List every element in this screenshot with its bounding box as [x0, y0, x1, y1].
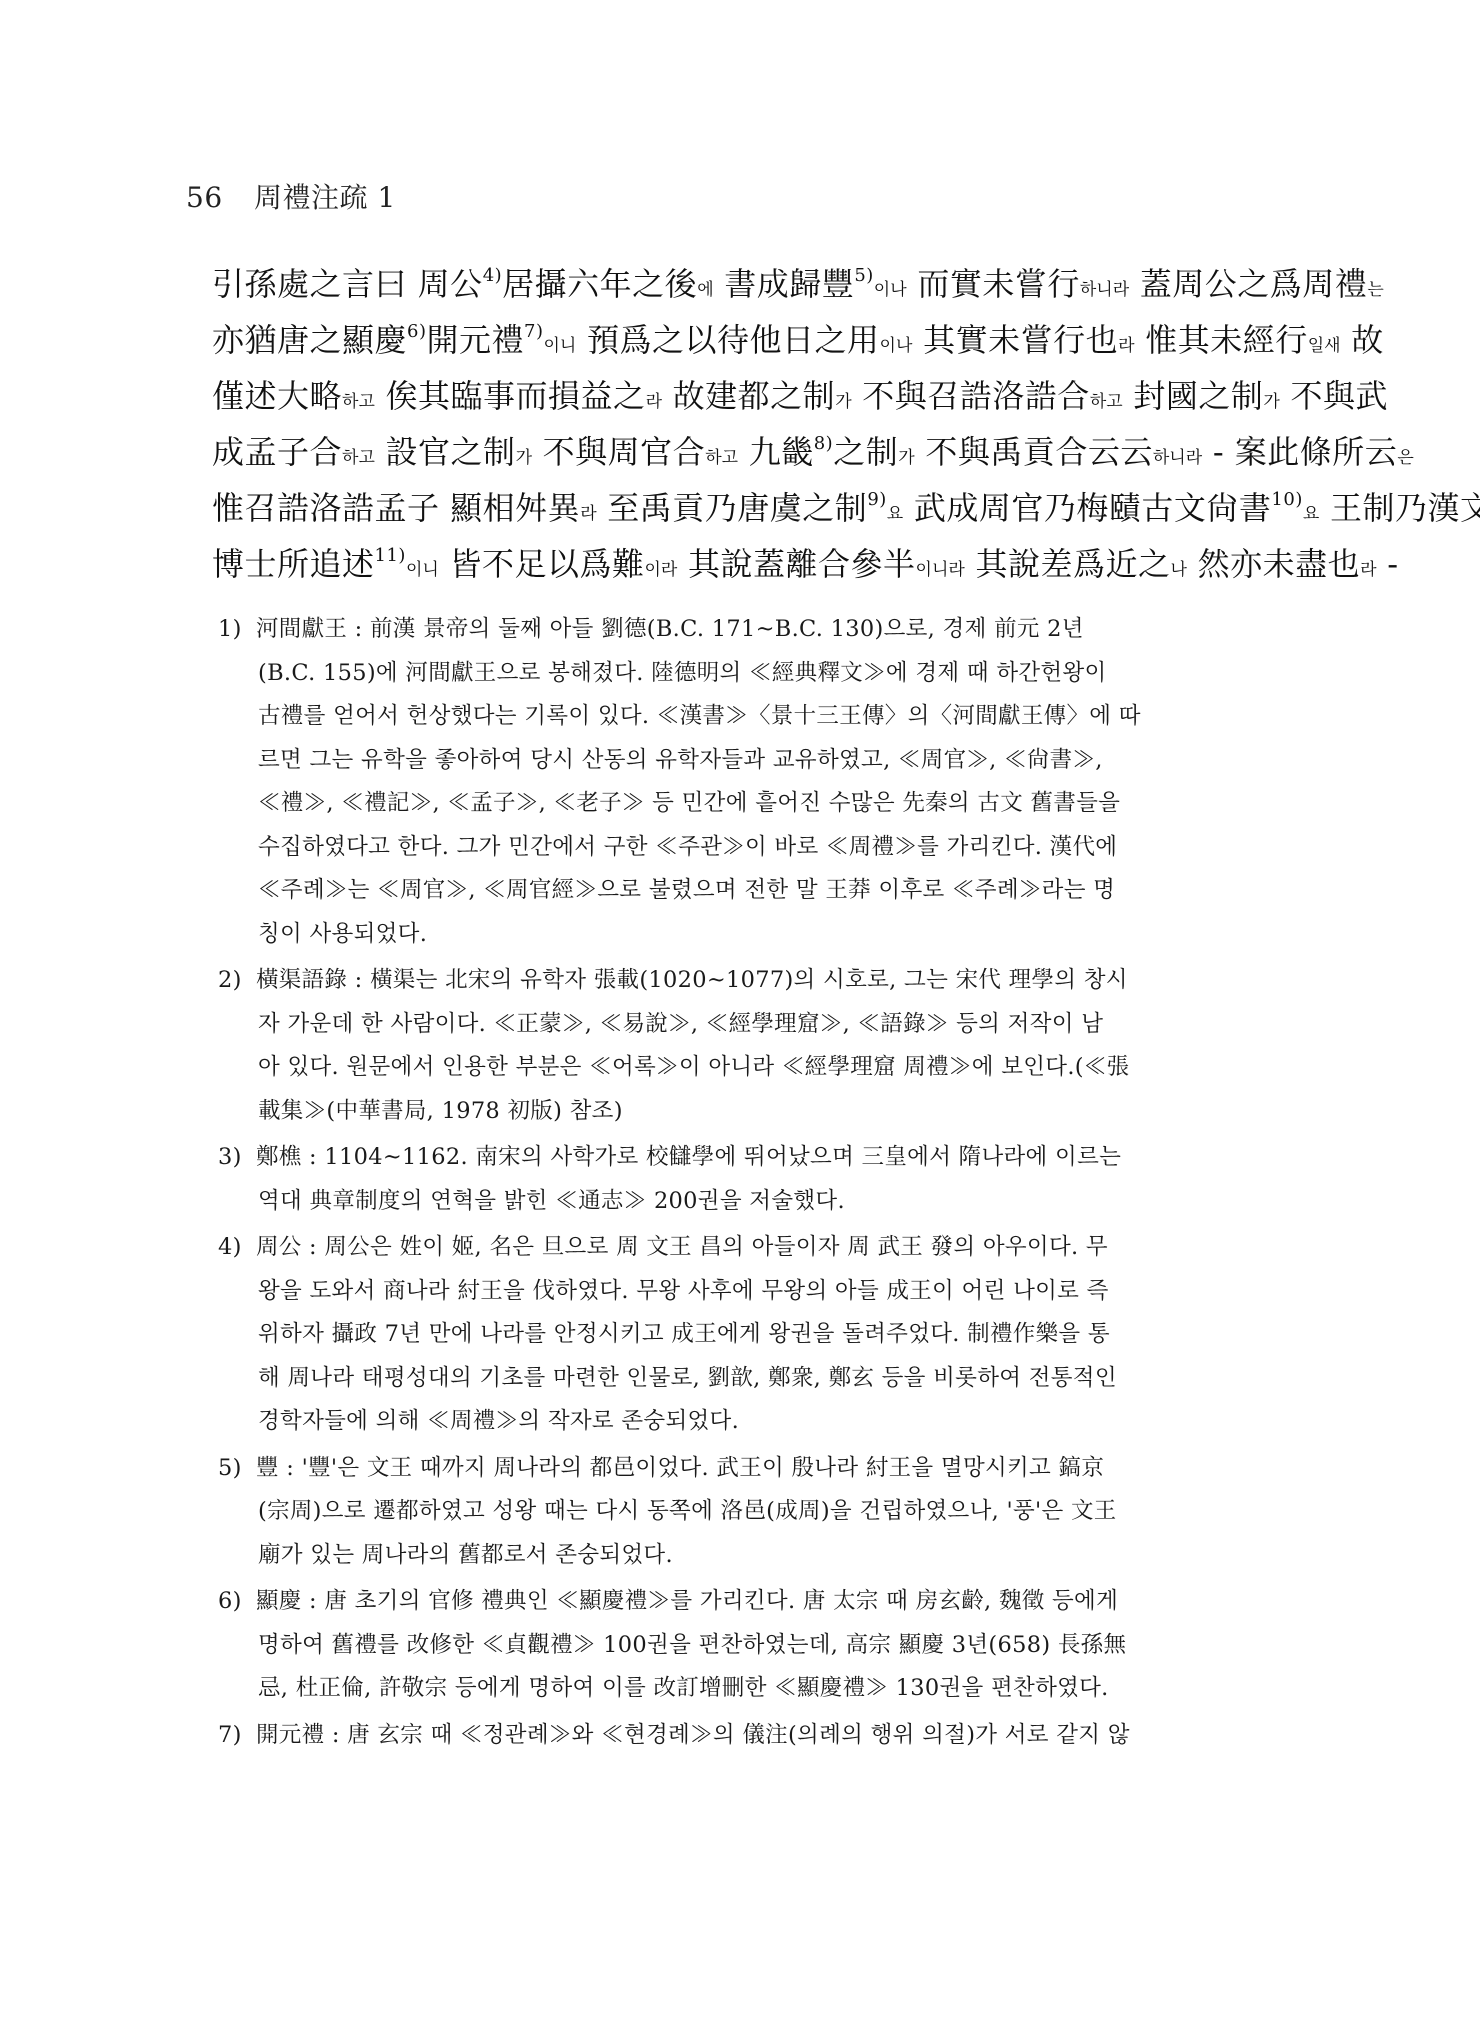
footnote-line: (宗周)으로 遷都하였고 성왕 때는 다시 동쪽에 洛邑(成周)을 건립하였으나… [218, 1490, 1288, 1534]
footnote: 6)顯慶 : 唐 초기의 官修 禮典인 ≪顯慶禮≫를 가리킨다. 唐 太宗 때 … [218, 1580, 1288, 1711]
classical-chinese-text: 其說蓋離合參半 [677, 545, 915, 583]
korean-particle: 이나 [874, 280, 907, 300]
korean-particle: 라 [646, 392, 662, 412]
footnote-text: 수집하였다고 한다. 그가 민간에서 구한 ≪주관≫이 바로 ≪周禮≫를 가리킨… [258, 834, 1117, 860]
footnote-text: 명하여 舊禮를 改修한 ≪貞觀禮≫ 100권을 편찬하였는데, 高宗 顯慶 3년… [258, 1632, 1126, 1658]
korean-particle: 이나 [880, 336, 913, 356]
classical-chinese-text: 書成歸豐 [714, 265, 855, 303]
footnote-reference: 10) [1271, 489, 1302, 510]
footnote-line: 6)顯慶 : 唐 초기의 官修 禮典인 ≪顯慶禮≫를 가리킨다. 唐 太宗 때 … [218, 1580, 1288, 1624]
classical-chinese-text: 武成周官乃梅賾古文尙書 [903, 489, 1271, 527]
footnote-marker: 2) [218, 959, 256, 1003]
footnote-line: 아 있다. 원문에서 인용한 부분은 ≪어록≫이 아니라 ≪經學理窟 周禮≫에 … [218, 1046, 1288, 1090]
classical-chinese-text: 其實未嘗行也 [912, 321, 1118, 359]
main-classical-text: 引孫處之言曰 周公4)居攝六年之後에 書成歸豐5)이나 而實未嘗行하니라 蓋周公… [212, 256, 1292, 592]
korean-particle: 요 [887, 504, 903, 524]
korean-particle: 하고 [342, 392, 375, 412]
classical-chinese-text: 預爲之以待他日之用 [576, 321, 879, 359]
footnote-line: 古禮를 얻어서 헌상했다는 기록이 있다. ≪漢書≫〈景十三王傳〉의〈河間獻王傳… [218, 695, 1288, 739]
footnote-reference: 6) [407, 321, 426, 342]
korean-particle: 가 [835, 392, 851, 412]
footnote-line: 2)橫渠語錄 : 橫渠는 北宋의 유학자 張載(1020~1077)의 시호로,… [218, 959, 1288, 1003]
main-text-line: 成孟子合하고 設官之制가 不與周官合하고 九畿8)之制가 不與禹貢合云云하니라 … [212, 424, 1292, 480]
footnote: 2)橫渠語錄 : 橫渠는 北宋의 유학자 張載(1020~1077)의 시호로,… [218, 959, 1288, 1133]
footnote-text: (B.C. 155)에 河間獻王으로 봉해졌다. 陸德明의 ≪經典釋文≫에 경제… [258, 660, 1107, 686]
footnote-text: 忌, 杜正倫, 許敬宗 등에게 명하여 이를 改訂增刪한 ≪顯慶禮≫ 130권을… [258, 1675, 1109, 1701]
footnote-reference: 4) [483, 265, 502, 286]
footnote-text: 자 가운데 한 사람이다. ≪正蒙≫, ≪易說≫, ≪經學理窟≫, ≪語錄≫ 등… [258, 1011, 1103, 1037]
main-text-line: 引孫處之言曰 周公4)居攝六年之後에 書成歸豐5)이나 而實未嘗行하니라 蓋周公… [212, 256, 1292, 312]
footnote-text: 역대 典章制度의 연혁을 밝힌 ≪通志≫ 200권을 저술했다. [258, 1188, 845, 1214]
classical-chinese-text: 博士所追述 [212, 545, 375, 583]
running-header: 56 周禮注疏 1 [186, 176, 396, 216]
korean-particle: 가 [516, 448, 532, 468]
footnote-line: ≪주례≫는 ≪周官≫, ≪周官經≫으로 불렸으며 전한 말 王莽 이후로 ≪주례… [218, 869, 1288, 913]
footnote-text: 開元禮 : 唐 玄宗 때 ≪정관례≫와 ≪현경례≫의 儀注(의례의 행위 의절)… [256, 1722, 1130, 1748]
footnote-line: 忌, 杜正倫, 許敬宗 등에게 명하여 이를 改訂增刪한 ≪顯慶禮≫ 130권을… [218, 1667, 1288, 1711]
footnote-text: ≪禮≫, ≪禮記≫, ≪孟子≫, ≪老子≫ 등 민간에 흩어진 수많은 先秦의 … [258, 790, 1120, 816]
classical-chinese-text: 王制乃漢文帝 [1319, 489, 1480, 527]
korean-particle: 라 [580, 504, 596, 524]
korean-particle: 가 [898, 448, 914, 468]
classical-chinese-text: 不與周官合 [532, 433, 705, 471]
korean-particle: 이니 [544, 336, 577, 356]
classical-chinese-text: 不與武 [1280, 377, 1388, 415]
classical-chinese-text: 然亦未盡也 [1187, 545, 1360, 583]
footnote-text: 豐 : '豐'은 文王 때까지 周나라의 都邑이었다. 武王이 殷나라 紂王을 … [256, 1455, 1104, 1481]
footnote-text: 橫渠語錄 : 橫渠는 北宋의 유학자 張載(1020~1077)의 시호로, 그… [256, 967, 1128, 993]
footnote-line: 載集≫(中華書局, 1978 初版) 참조) [218, 1090, 1288, 1134]
korean-particle: 이니 [406, 560, 439, 580]
korean-particle: 라 [1360, 560, 1376, 580]
footnotes-section: 1)河間獻王 : 前漢 景帝의 둘째 아들 劉德(B.C. 171~B.C. 1… [218, 608, 1288, 1760]
classical-chinese-text: 故建都之制 [662, 377, 835, 415]
footnote: 3)鄭樵 : 1104~1162. 南宋의 사학가로 校讎學에 뛰어났으며 三皇… [218, 1136, 1288, 1223]
classical-chinese-text: 引孫處之言曰 周公 [212, 265, 483, 303]
footnote-line: 5)豐 : '豐'은 文王 때까지 周나라의 都邑이었다. 武王이 殷나라 紂王… [218, 1447, 1288, 1491]
classical-chinese-text: 九畿 [738, 433, 814, 471]
footnote-text: 위하자 攝政 7년 만에 나라를 안정시키고 成王에게 왕권을 돌려주었다. 制… [258, 1321, 1110, 1347]
footnote-line: (B.C. 155)에 河間獻王으로 봉해졌다. 陸德明의 ≪經典釋文≫에 경제… [218, 652, 1288, 696]
classical-chinese-text: 而實未嘗行 [907, 265, 1080, 303]
footnote-text: 廟가 있는 周나라의 舊都로서 존숭되었다. [258, 1542, 673, 1568]
footnote-text: 顯慶 : 唐 초기의 官修 禮典인 ≪顯慶禮≫를 가리킨다. 唐 太宗 때 房玄… [256, 1588, 1118, 1614]
korean-particle: 라 [1118, 336, 1134, 356]
footnote-text: 르면 그는 유학을 좋아하여 당시 산동의 유학자들과 교유하였고, ≪周官≫,… [258, 747, 1103, 773]
footnote-text: 載集≫(中華書局, 1978 初版) 참조) [258, 1098, 623, 1124]
footnote-marker: 5) [218, 1447, 256, 1491]
classical-chinese-text: 惟其未經行 [1135, 321, 1308, 359]
book-title: 周禮注疏 1 [254, 181, 396, 214]
footnote-reference: 7) [524, 321, 543, 342]
footnote-reference: 5) [854, 265, 873, 286]
footnote: 7)開元禮 : 唐 玄宗 때 ≪정관례≫와 ≪현경례≫의 儀注(의례의 행위 의… [218, 1714, 1288, 1758]
footnote-reference: 11) [375, 545, 406, 566]
footnote-line: 수집하였다고 한다. 그가 민간에서 구한 ≪주관≫이 바로 ≪周禮≫를 가리킨… [218, 826, 1288, 870]
korean-particle: 하니라 [1080, 280, 1129, 300]
footnote-line: 4)周公 : 周公은 姓이 姬, 名은 旦으로 周 文王 昌의 아들이자 周 武… [218, 1226, 1288, 1270]
footnote-text: ≪주례≫는 ≪周官≫, ≪周官經≫으로 불렸으며 전한 말 王莽 이후로 ≪주례… [258, 877, 1115, 903]
main-text-line: 惟召誥洛誥孟子 顯相舛異라 至禹貢乃唐虞之制9)요 武成周官乃梅賾古文尙書10)… [212, 480, 1292, 536]
footnote-text: 鄭樵 : 1104~1162. 南宋의 사학가로 校讎學에 뛰어났으며 三皇에서… [256, 1144, 1121, 1170]
korean-particle: 이라 [645, 560, 678, 580]
korean-particle: 요 [1303, 504, 1319, 524]
korean-particle: 일새 [1308, 336, 1341, 356]
page-number: 56 [186, 181, 223, 214]
classical-chinese-text: 不與禹貢合云云 [915, 433, 1153, 471]
classical-chinese-text: 故 [1341, 321, 1384, 359]
footnote-text: (宗周)으로 遷都하였고 성왕 때는 다시 동쪽에 洛邑(成周)을 건립하였으나… [258, 1498, 1117, 1524]
footnote-line: 역대 典章制度의 연혁을 밝힌 ≪通志≫ 200권을 저술했다. [218, 1180, 1288, 1224]
footnote-text: 古禮를 얻어서 헌상했다는 기록이 있다. ≪漢書≫〈景十三王傳〉의〈河間獻王傳… [258, 703, 1141, 729]
footnote-line: 르면 그는 유학을 좋아하여 당시 산동의 유학자들과 교유하였고, ≪周官≫,… [218, 739, 1288, 783]
footnote-line: 명하여 舊禮를 改修한 ≪貞觀禮≫ 100권을 편찬하였는데, 高宗 顯慶 3년… [218, 1624, 1288, 1668]
classical-chinese-text: 開元禮 [427, 321, 525, 359]
classical-chinese-text: 之制 [833, 433, 898, 471]
footnote-line: 해 周나라 태평성대의 기초를 마련한 인물로, 劉歆, 鄭衆, 鄭玄 등을 비… [218, 1357, 1288, 1401]
footnote-text: 칭이 사용되었다. [258, 921, 427, 947]
footnote-reference: 8) [814, 433, 833, 454]
footnote-line: ≪禮≫, ≪禮記≫, ≪孟子≫, ≪老子≫ 등 민간에 흩어진 수많은 先秦의 … [218, 782, 1288, 826]
classical-chinese-text: - [1377, 545, 1399, 583]
footnote-line: 칭이 사용되었다. [218, 913, 1288, 957]
classical-chinese-text: 僅述大略 [212, 377, 342, 415]
classical-chinese-text: 居攝六年之後 [502, 265, 697, 303]
classical-chinese-text: 蓋周公之爲周禮 [1129, 265, 1367, 303]
footnote-line: 자 가운데 한 사람이다. ≪正蒙≫, ≪易說≫, ≪經學理窟≫, ≪語錄≫ 등… [218, 1003, 1288, 1047]
classical-chinese-text: - 案此條所云 [1202, 433, 1397, 471]
classical-chinese-text: 俟其臨事而損益之 [375, 377, 646, 415]
footnote-text: 河間獻王 : 前漢 景帝의 둘째 아들 劉德(B.C. 171~B.C. 130… [256, 616, 1084, 642]
footnote-line: 7)開元禮 : 唐 玄宗 때 ≪정관례≫와 ≪현경례≫의 儀注(의례의 행위 의… [218, 1714, 1288, 1758]
classical-chinese-text: 至禹貢乃唐虞之制 [597, 489, 868, 527]
footnote-text: 周公 : 周公은 姓이 姬, 名은 旦으로 周 文王 昌의 아들이자 周 武王 … [256, 1234, 1108, 1260]
korean-particle: 이니라 [916, 560, 965, 580]
footnote-line: 3)鄭樵 : 1104~1162. 南宋의 사학가로 校讎學에 뛰어났으며 三皇… [218, 1136, 1288, 1180]
classical-chinese-text: 不與召誥洛誥合 [852, 377, 1090, 415]
korean-particle: 하고 [1090, 392, 1123, 412]
korean-particle: 하고 [342, 448, 375, 468]
footnote: 4)周公 : 周公은 姓이 姬, 名은 旦으로 周 文王 昌의 아들이자 周 武… [218, 1226, 1288, 1444]
korean-particle: 나 [1171, 560, 1187, 580]
footnote: 1)河間獻王 : 前漢 景帝의 둘째 아들 劉德(B.C. 171~B.C. 1… [218, 608, 1288, 956]
footnote: 5)豐 : '豐'은 文王 때까지 周나라의 都邑이었다. 武王이 殷나라 紂王… [218, 1447, 1288, 1578]
footnote-text: 경학자들에 의해 ≪周禮≫의 작자로 존숭되었다. [258, 1408, 739, 1434]
classical-chinese-text: 亦猶唐之顯慶 [212, 321, 407, 359]
footnote-text: 해 周나라 태평성대의 기초를 마련한 인물로, 劉歆, 鄭衆, 鄭玄 등을 비… [258, 1365, 1117, 1391]
footnote-marker: 6) [218, 1580, 256, 1624]
korean-particle: 하니라 [1153, 448, 1202, 468]
korean-particle: 가 [1263, 392, 1279, 412]
footnote-line: 1)河間獻王 : 前漢 景帝의 둘째 아들 劉德(B.C. 171~B.C. 1… [218, 608, 1288, 652]
classical-chinese-text: 惟召誥洛誥孟子 顯相舛異 [212, 489, 580, 527]
footnote-line: 경학자들에 의해 ≪周禮≫의 작자로 존숭되었다. [218, 1400, 1288, 1444]
footnote-reference: 9) [867, 489, 886, 510]
footnote-text: 왕을 도와서 商나라 紂王을 伐하였다. 무왕 사후에 무왕의 아들 成王이 어… [258, 1278, 1109, 1304]
korean-particle: 에 [697, 280, 713, 300]
classical-chinese-text: 設官之制 [375, 433, 516, 471]
main-text-line: 博士所追述11)이니 皆不足以爲難이라 其說蓋離合參半이니라 其說差爲近之나 然… [212, 536, 1292, 592]
korean-particle: 는 [1367, 280, 1383, 300]
classical-chinese-text: 皆不足以爲難 [439, 545, 645, 583]
footnote-line: 廟가 있는 周나라의 舊都로서 존숭되었다. [218, 1534, 1288, 1578]
footnote-line: 위하자 攝政 7년 만에 나라를 안정시키고 成王에게 왕권을 돌려주었다. 制… [218, 1313, 1288, 1357]
main-text-line: 亦猶唐之顯慶6)開元禮7)이니 預爲之以待他日之用이나 其實未嘗行也라 惟其未經… [212, 312, 1292, 368]
classical-chinese-text: 封國之制 [1123, 377, 1264, 415]
footnote-marker: 4) [218, 1226, 256, 1270]
korean-particle: 하고 [705, 448, 738, 468]
footnote-line: 왕을 도와서 商나라 紂王을 伐하였다. 무왕 사후에 무왕의 아들 成王이 어… [218, 1270, 1288, 1314]
korean-particle: 은 [1397, 448, 1413, 468]
footnote-marker: 1) [218, 608, 256, 652]
classical-chinese-text: 成孟子合 [212, 433, 342, 471]
footnote-marker: 3) [218, 1136, 256, 1180]
main-text-line: 僅述大略하고 俟其臨事而損益之라 故建都之制가 不與召誥洛誥合하고 封國之制가 … [212, 368, 1292, 424]
footnote-marker: 7) [218, 1714, 256, 1758]
footnote-text: 아 있다. 원문에서 인용한 부분은 ≪어록≫이 아니라 ≪經學理窟 周禮≫에 … [258, 1054, 1129, 1080]
classical-chinese-text: 其說差爲近之 [965, 545, 1171, 583]
